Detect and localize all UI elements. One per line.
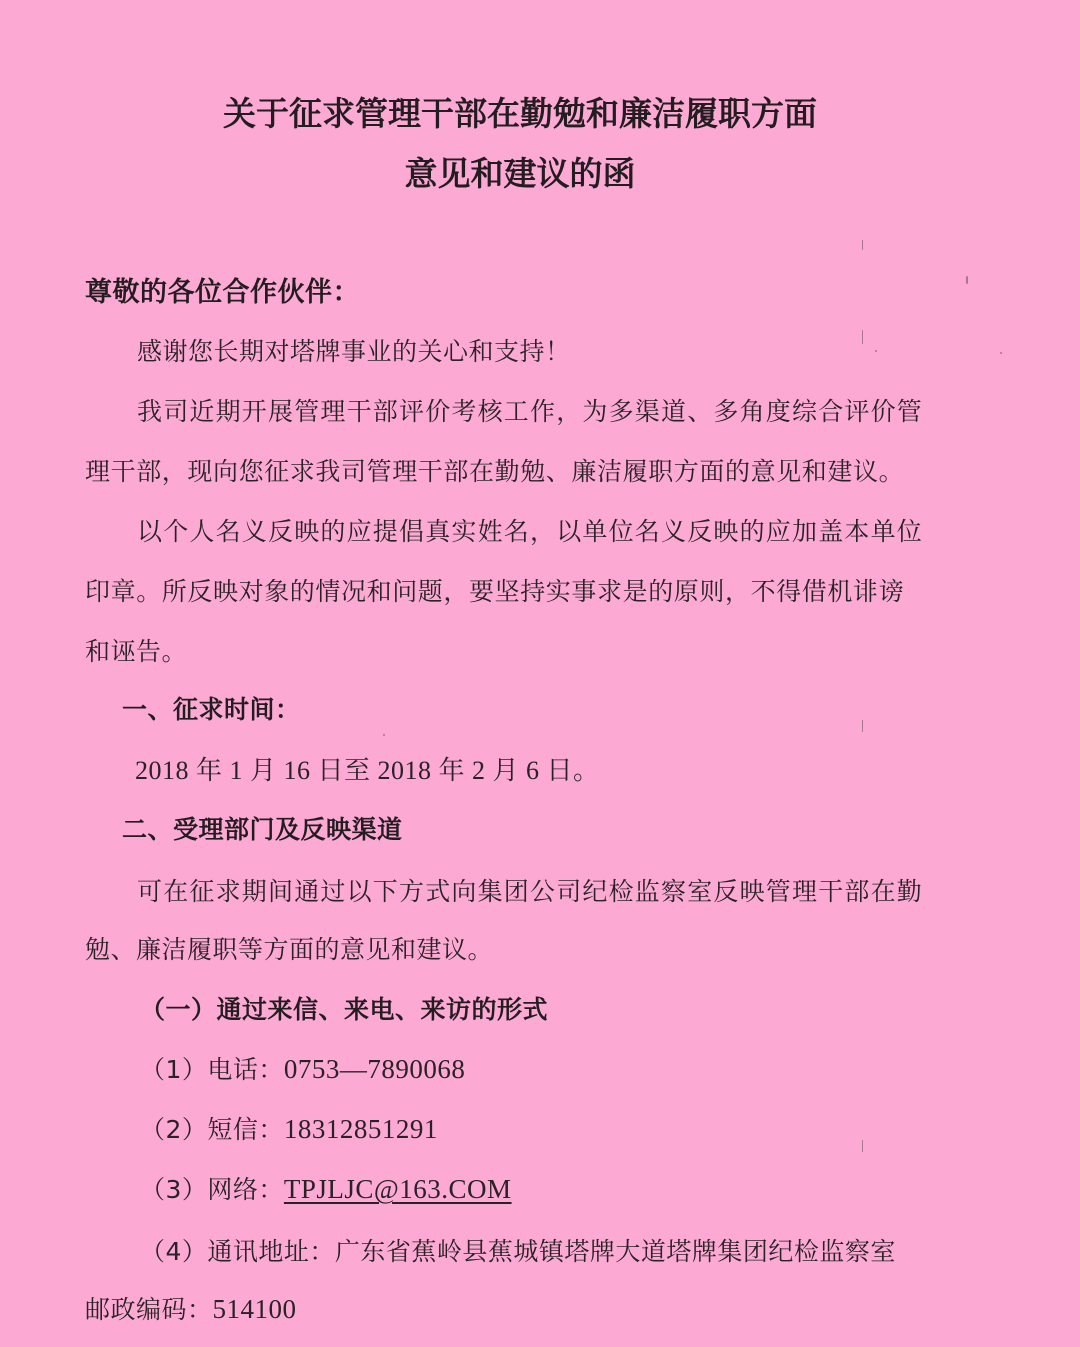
scan-noise-speck xyxy=(1000,352,1002,354)
scan-noise-speck xyxy=(862,720,863,732)
thanks-paragraph: 感谢您长期对塔牌事业的关心和支持！ xyxy=(137,332,571,368)
mailing-address: 广东省蕉岭县蕉城镇塔牌大道塔牌集团纪检监察室 xyxy=(335,1237,896,1266)
scan-noise-speck xyxy=(875,350,877,352)
scan-noise-speck xyxy=(862,1140,863,1152)
scan-noise-speck xyxy=(966,276,968,284)
salutation: 尊敬的各位合作伙伴： xyxy=(85,270,360,309)
phone-label: （1）电话： xyxy=(140,1055,284,1084)
sms-number: 18312851291 xyxy=(284,1114,438,1144)
email-link[interactable]: TPJLJC@163.COM xyxy=(284,1174,512,1204)
scan-noise-speck xyxy=(862,240,863,250)
intro-paragraph-line-1: 我司近期开展管理干部评价考核工作，为多渠道、多角度综合评价管 xyxy=(137,392,923,428)
section-2-content-line-1: 可在征求期间通过以下方式向集团公司纪检监察室反映管理干部在勤 xyxy=(137,872,923,908)
postal-code-label: 邮政编码： xyxy=(85,1295,213,1324)
section-2-content-line-2: 勉、廉洁履职等方面的意见和建议。 xyxy=(85,930,493,966)
address-label: （4）通讯地址： xyxy=(140,1237,335,1266)
document-title-line-2: 意见和建议的函 xyxy=(0,148,1040,195)
contact-methods-subheading: （一）通过来信、来电、来访的形式 xyxy=(140,990,548,1026)
contact-item-email: （3）网络：TPJLJC@163.COM xyxy=(140,1170,512,1206)
intro-paragraph-line-2: 理干部，现向您征求我司管理干部在勤勉、廉洁履职方面的意见和建议。 xyxy=(85,452,904,488)
postal-code-line: 邮政编码：514100 xyxy=(85,1290,297,1326)
scan-noise-speck xyxy=(862,330,863,344)
document-title-line-1: 关于征求管理干部在勤勉和廉洁履职方面 xyxy=(0,88,1040,135)
scan-noise-speck xyxy=(383,734,385,736)
email-label: （3）网络： xyxy=(140,1175,284,1204)
contact-item-phone: （1）电话：0753—7890068 xyxy=(140,1050,465,1086)
sms-label: （2）短信： xyxy=(140,1115,284,1144)
contact-item-sms: （2）短信：18312851291 xyxy=(140,1110,438,1146)
scanned-letter-page: 关于征求管理干部在勤勉和廉洁履职方面 意见和建议的函 尊敬的各位合作伙伴： 感谢… xyxy=(0,0,1080,1347)
contact-item-address: （4）通讯地址：广东省蕉岭县蕉城镇塔牌大道塔牌集团纪检监察室 xyxy=(140,1232,896,1268)
rules-paragraph-line-3: 和诬告。 xyxy=(85,632,187,668)
rules-paragraph-line-1: 以个人名义反映的应提倡真实姓名，以单位名义反映的应加盖本单位 xyxy=(137,512,923,548)
section-1-heading: 一、征求时间： xyxy=(122,690,301,726)
rules-paragraph-line-2: 印章。所反映对象的情况和问题，要坚持实事求是的原则，不得借机诽谤 xyxy=(85,572,904,608)
section-2-heading: 二、受理部门及反映渠道 xyxy=(122,810,403,846)
phone-number: 0753—7890068 xyxy=(284,1054,466,1084)
postal-code: 514100 xyxy=(213,1294,297,1324)
solicitation-period: 2018 年 1 月 16 日至 2018 年 2 月 6 日。 xyxy=(135,750,600,787)
